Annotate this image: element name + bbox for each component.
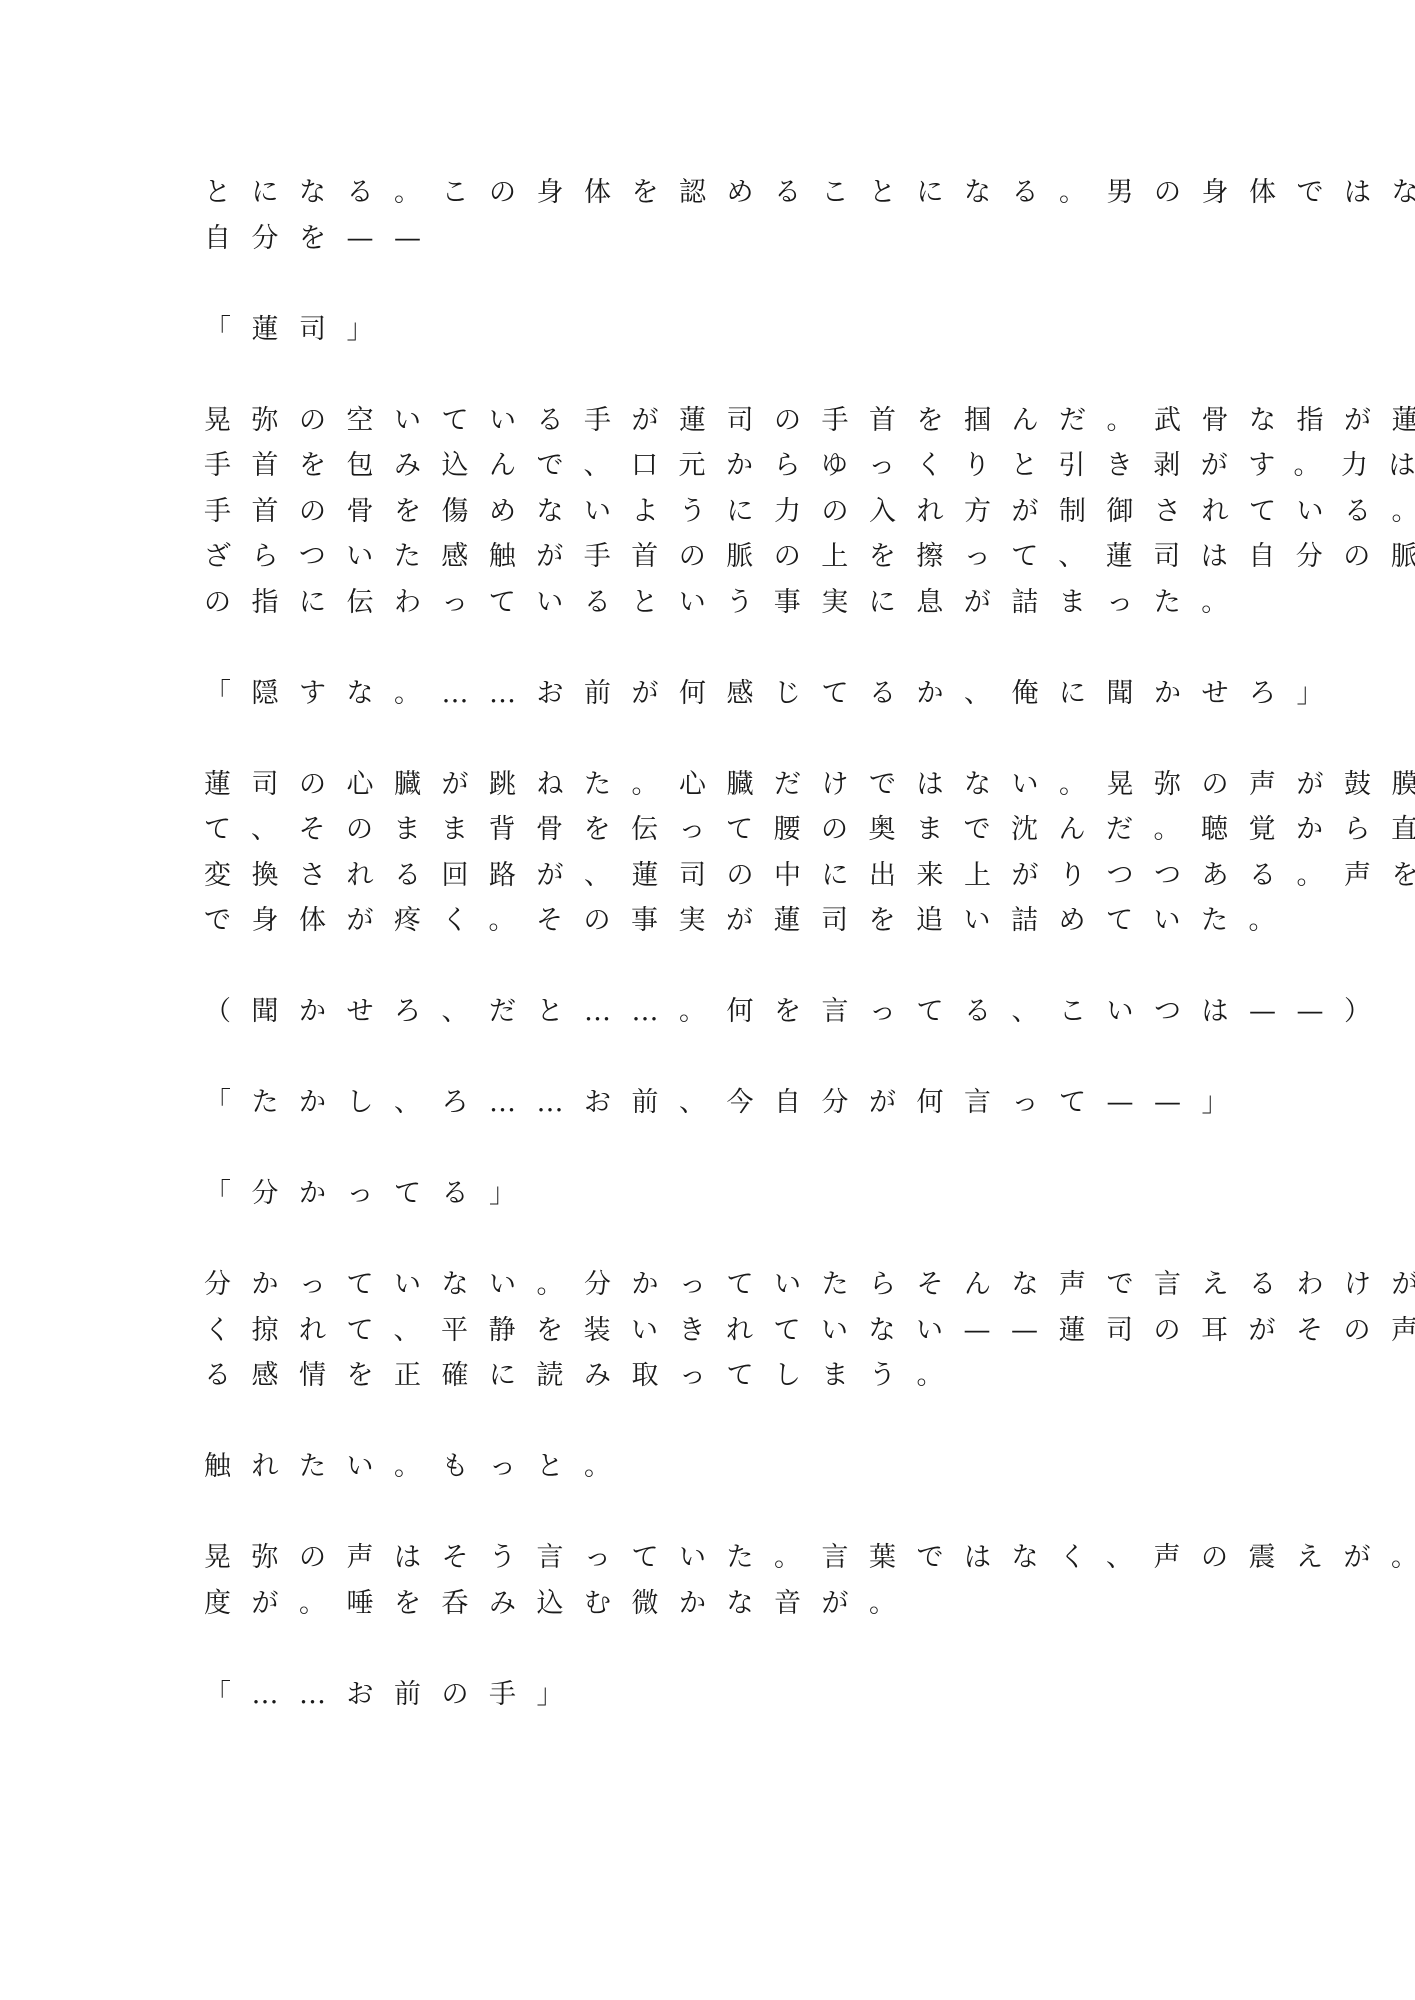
text-line: 晃弥の空いている手が蓮司の手首を掴んだ。武骨な指が蓮司の細い xyxy=(204,398,1194,444)
text-line: （聞かせろ、だと……。何を言ってる、こいつは——） xyxy=(204,989,1194,1035)
document-page: とになる。この身体を認めることになる。男の身体ではなくなった 自分を—— 「蓮司… xyxy=(204,170,1194,1763)
text-line: 触れたい。もっと。 xyxy=(204,1444,1194,1490)
paragraph-narration-5: 触れたい。もっと。 xyxy=(204,1444,1194,1490)
text-line: 手首を包み込んで、口元からゆっくりと引き剥がす。力は強いが、 xyxy=(204,443,1194,489)
text-line: 「隠すな。……お前が何感じてるか、俺に聞かせろ」 xyxy=(204,671,1194,717)
paragraph-narration-1: とになる。この身体を認めることになる。男の身体ではなくなった 自分を—— xyxy=(204,170,1194,261)
paragraph-dialogue-5: 「……お前の手」 xyxy=(204,1672,1194,1718)
text-line: る感情を正確に読み取ってしまう。 xyxy=(204,1353,1194,1399)
text-line: 「蓮司」 xyxy=(204,307,1194,353)
paragraph-narration-6: 晃弥の声はそう言っていた。言葉ではなく、声の震えが。呼気の湿 度が。唾を呑み込む… xyxy=(204,1535,1194,1626)
text-line: 「……お前の手」 xyxy=(204,1672,1194,1718)
paragraph-inner-thought: （聞かせろ、だと……。何を言ってる、こいつは——） xyxy=(204,989,1194,1035)
text-line: の指に伝わっているという事実に息が詰まった。 xyxy=(204,580,1194,626)
text-line: 晃弥の声はそう言っていた。言葉ではなく、声の震えが。呼気の湿 xyxy=(204,1535,1194,1581)
text-line: て、そのまま背骨を伝って腰の奥まで沈んだ。聴覚から直接快楽に xyxy=(204,807,1194,853)
paragraph-dialogue-1: 「蓮司」 xyxy=(204,307,1194,353)
text-line: く掠れて、平静を装いきれていない——蓮司の耳がその声の下にあ xyxy=(204,1308,1194,1354)
text-line: 変換される回路が、蓮司の中に出来上がりつつある。声を聞くだけ xyxy=(204,853,1194,899)
text-line: 手首の骨を傷めないように力の入れ方が制御されている。剣胼胝の xyxy=(204,489,1194,535)
text-line: 蓮司の心臓が跳ねた。心臓だけではない。晃弥の声が鼓膜を揺らし xyxy=(204,762,1194,808)
text-line: 度が。唾を呑み込む微かな音が。 xyxy=(204,1581,1194,1627)
text-line: 自分を—— xyxy=(204,216,1194,262)
text-line: 「たかし、ろ……お前、今自分が何言って——」 xyxy=(204,1080,1194,1126)
text-line: 「分かってる」 xyxy=(204,1171,1194,1217)
text-line: とになる。この身体を認めることになる。男の身体ではなくなった xyxy=(204,170,1194,216)
paragraph-narration-4: 分かっていない。分かっていたらそんな声で言えるわけがない。低 く掠れて、平静を装… xyxy=(204,1262,1194,1399)
paragraph-dialogue-2: 「隠すな。……お前が何感じてるか、俺に聞かせろ」 xyxy=(204,671,1194,717)
paragraph-dialogue-4: 「分かってる」 xyxy=(204,1171,1194,1217)
text-line: 分かっていない。分かっていたらそんな声で言えるわけがない。低 xyxy=(204,1262,1194,1308)
paragraph-narration-2: 晃弥の空いている手が蓮司の手首を掴んだ。武骨な指が蓮司の細い 手首を包み込んで、… xyxy=(204,398,1194,626)
paragraph-dialogue-3: 「たかし、ろ……お前、今自分が何言って——」 xyxy=(204,1080,1194,1126)
text-line: で身体が疼く。その事実が蓮司を追い詰めていた。 xyxy=(204,898,1194,944)
text-line: ざらついた感触が手首の脈の上を擦って、蓮司は自分の脈拍が晃弥 xyxy=(204,534,1194,580)
paragraph-narration-3: 蓮司の心臓が跳ねた。心臓だけではない。晃弥の声が鼓膜を揺らし て、そのまま背骨を… xyxy=(204,762,1194,944)
